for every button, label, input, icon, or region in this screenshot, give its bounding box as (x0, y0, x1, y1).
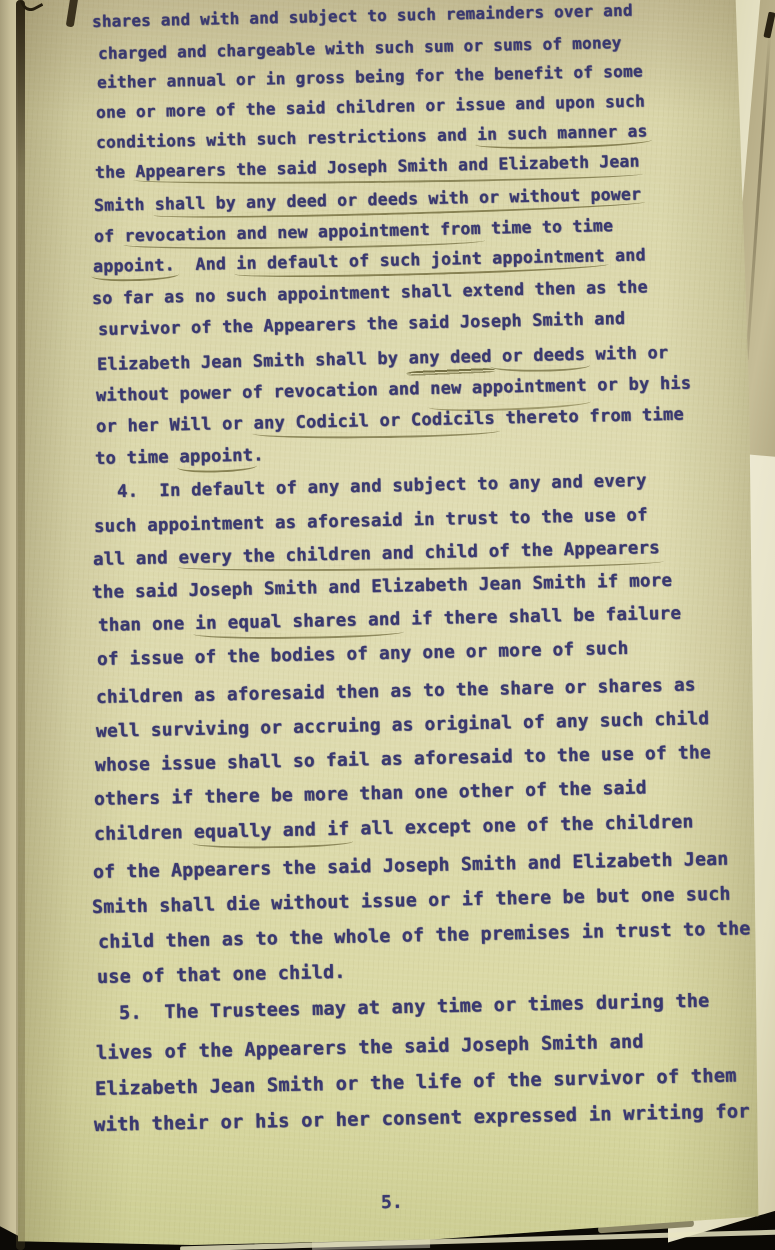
text-segment: use of that one child. (97, 962, 346, 988)
text-segment: children (93, 821, 193, 844)
text-segment: thereto from time (494, 405, 683, 429)
text-segment: child then as to the whole of the premis… (98, 918, 751, 953)
text-segment: than one (98, 614, 196, 636)
underlined-text: shall by any deed or deeds with or witho… (155, 185, 642, 214)
text-line: with their or his or her consent express… (94, 1101, 750, 1136)
page-number: 5. (381, 1192, 403, 1213)
text-line: 4. In default of any and subject to any … (117, 470, 647, 501)
underlined-text: appoint. (93, 255, 175, 276)
text-line: to time appoint. (95, 446, 264, 470)
text-line: one or more of the said children or issu… (96, 91, 645, 121)
text-line: the Appearers the said Joseph Smith and … (95, 151, 640, 181)
underlined-text: Appearers the said Joseph Smith and Eliz… (135, 151, 640, 181)
text-segment: to time (95, 447, 180, 469)
text-segment: if there shall be failure (400, 604, 681, 630)
text-line: child then as to the whole of the premis… (98, 918, 751, 953)
text-line: of revocation and new appointment from t… (93, 216, 613, 246)
text-line: survivor of the Appearers the said Josep… (98, 308, 626, 339)
text-segment: Elizabeth Jean Smith shall by (97, 347, 409, 374)
underlined-text: in default of such joint appointment (236, 246, 605, 273)
underlined-text: any Codicil or Codicils (253, 409, 495, 434)
text-segment: all and (93, 548, 179, 570)
text-line: children equally and if all except one o… (93, 811, 693, 845)
text-line: conditions with such restrictions and in… (95, 121, 647, 152)
text-line: charged and chargeable with such sum or … (98, 33, 622, 63)
text-segment: such appointment as aforesaid in trust t… (93, 506, 647, 538)
text-segment: the said Joseph Smith and Elizabeth Jean… (92, 571, 673, 603)
underlined-text: in such manner as (477, 121, 648, 144)
underlined-text: any deed (408, 346, 492, 368)
text-segment: Smith shall die without issue or if ther… (92, 883, 731, 917)
text-segment: of issue of the bodies of any one or mor… (97, 638, 629, 669)
text-line: of the Appearers the said Joseph Smith a… (93, 848, 729, 882)
text-line: Smith shall by any deed or deeds with or… (94, 185, 642, 215)
text-segment: Smith (94, 195, 155, 215)
text-line: of issue of the bodies of any one or mor… (97, 638, 629, 669)
underlined-text: revocation and new appointment from (124, 218, 481, 244)
text-segment: well surviving or accruing as original o… (95, 708, 709, 742)
text-segment: with their or his or her consent express… (94, 1101, 750, 1136)
text-segment: children as aforesaid then as to the sha… (96, 674, 696, 708)
text-segment: survivor of the Appearers the said Josep… (98, 308, 626, 339)
text-line: so far as no such appointment shall exte… (92, 276, 648, 308)
text-line: without power of revocation and new appo… (96, 373, 692, 405)
scanned-document-photo: shares and with and subject to such rema… (0, 0, 775, 1250)
text-segment: or by his (587, 373, 692, 395)
text-segment: Elizabeth Jean Smith or the life of the … (95, 1065, 737, 1099)
text-line: Elizabeth Jean Smith or the life of the … (95, 1065, 737, 1099)
underlined-text: every the children and child of the Appe… (178, 538, 660, 568)
text-segment: without power of revocation and (96, 379, 431, 406)
text-segment: the (95, 162, 136, 182)
text-segment: 5. The Trustees may at any time or times… (119, 991, 710, 1024)
text-line: others if there be more than one other o… (94, 777, 647, 810)
text-segment: others if there be more than one other o… (94, 777, 647, 810)
underlined-text: appoint (179, 446, 253, 468)
text-segment: or her Will or (95, 414, 253, 437)
text-segment: with or (585, 342, 669, 364)
text-line: 5. The Trustees may at any time or times… (119, 991, 710, 1024)
underlined-text: new appointment (430, 375, 587, 398)
text-segment: one or more of the said children or issu… (96, 91, 645, 121)
typewritten-text-block: shares and with and subject to such rema… (18, 0, 775, 1250)
text-segment: lives of the Appearers the said Joseph S… (95, 1031, 643, 1063)
text-line: use of that one child. (97, 962, 346, 988)
text-segment: charged and chargeable with such sum or … (98, 33, 622, 63)
text-segment: . (253, 446, 264, 466)
text-segment: 4. In default of any and subject to any … (117, 470, 647, 501)
text-segment: either annual or in gross being for the … (97, 62, 643, 92)
text-segment: all except one of the children (349, 811, 694, 839)
text-line: all and every the children and child of … (93, 538, 660, 570)
text-segment: shares and with and subject to such rema… (92, 0, 633, 30)
text-line: appoint. And in default of such joint ap… (93, 246, 646, 277)
text-segment: of (93, 226, 124, 246)
underlined-text: equally and if (193, 818, 349, 842)
text-line: the said Joseph Smith and Elizabeth Jean… (92, 571, 673, 603)
binding-stitch-crease (16, 0, 25, 1250)
text-segment: conditions with such restrictions and (95, 125, 476, 152)
text-segment: whose issue shall so fail as aforesaid t… (95, 742, 711, 776)
text-line: children as aforesaid then as to the sha… (96, 674, 696, 708)
text-line: or her Will or any Codicil or Codicils t… (95, 405, 683, 437)
text-line: Smith shall die without issue or if ther… (92, 883, 731, 917)
text-line: such appointment as aforesaid in trust t… (93, 506, 647, 538)
text-segment: so far as no such appointment shall exte… (92, 276, 648, 308)
text-segment: time to time (480, 216, 613, 238)
text-segment: of the Appearers the said Joseph Smith a… (93, 848, 729, 882)
text-line: either annual or in gross being for the … (97, 62, 643, 92)
text-line: whose issue shall so fail as aforesaid t… (95, 742, 711, 776)
text-line: shares and with and subject to such rema… (92, 0, 633, 30)
text-line: lives of the Appearers the said Joseph S… (95, 1031, 643, 1063)
document-page: shares and with and subject to such rema… (18, 0, 775, 1250)
text-segment: And (175, 254, 237, 274)
text-line: than one in equal shares and if there sh… (98, 604, 682, 636)
underlined-text: in equal shares and (195, 610, 401, 634)
text-line: Elizabeth Jean Smith shall by any deed o… (97, 342, 669, 374)
underlined-text: or deeds (492, 344, 586, 366)
text-segment: and (604, 246, 645, 266)
text-line: well surviving or accruing as original o… (95, 708, 709, 742)
